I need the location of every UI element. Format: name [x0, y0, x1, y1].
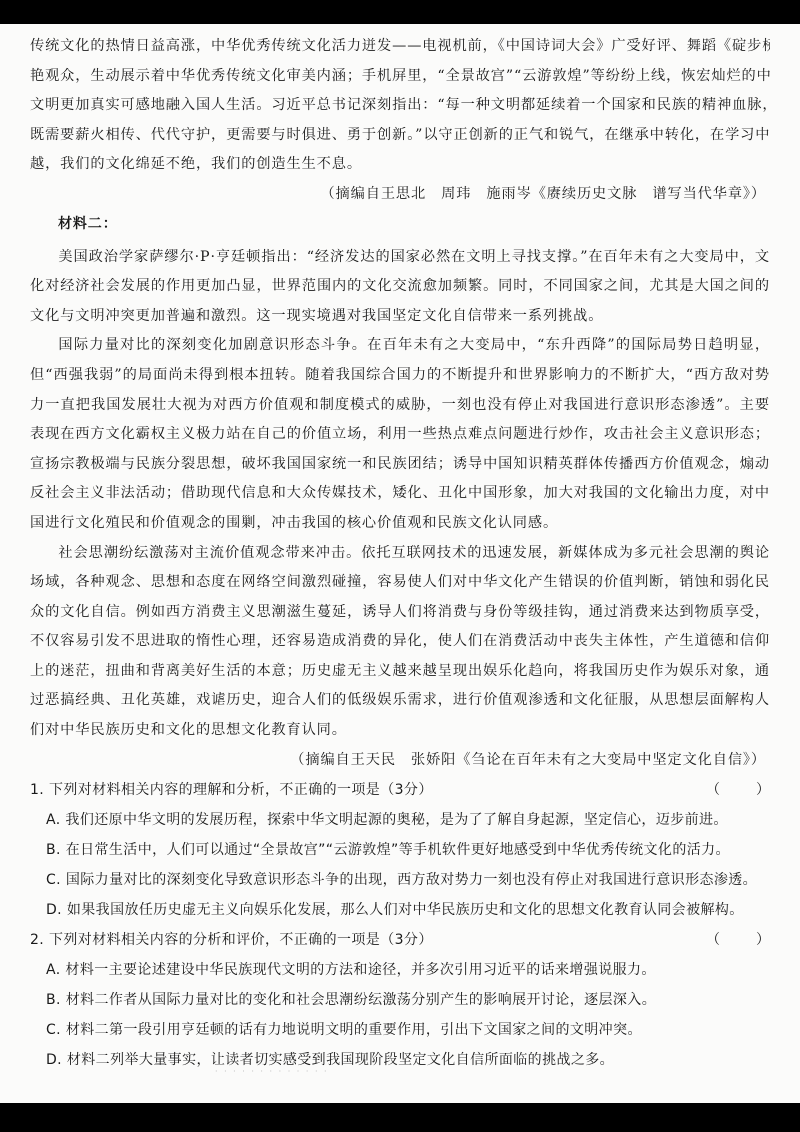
page-footer-faint: · · · · · · · · · · · · · [215, 1067, 525, 1073]
option-a[interactable]: A. 材料一主要论述建设中华民族现代文明的方法和途径，并多次引用习近平的话来增强… [30, 955, 770, 985]
option-c[interactable]: C. 材料二第一段引用亨廷顿的话有力地说明文明的重要作用，引出下文国家之间的文明… [30, 1015, 770, 1045]
question-stem: 2. 下列对材料相关内容的分析和评价，不正确的一项是（3分） [30, 932, 433, 948]
answer-blank[interactable]: （） [706, 775, 770, 805]
source-citation: （摘编自王思北 周玮 施雨岑《赓续历史文脉 谱写当代华章》） [30, 180, 770, 210]
question-1: 1. 下列对材料相关内容的理解和分析，不正确的一项是（3分） （） A. 我们还… [30, 775, 770, 925]
page-content: 传统文化的热情日益高涨，中华优秀传统文化活力迸发——电视机前，《中国诗词大会》广… [30, 32, 770, 1075]
option-b[interactable]: B. 材料二作者从国际力量对比的变化和社会思潮纷纭激荡分别产生的影响展开讨论，逐… [30, 985, 770, 1015]
text-line: 越，我们的文化绵延不绝，我们的创造生生不息。 [30, 150, 770, 180]
paragraph: 社会思潮纷纭激荡对主流价值观念带来冲击。依托互联网技术的迅速发展，新媒体成为多元… [30, 539, 770, 746]
material-two-heading: 材料二： [30, 210, 770, 243]
paragraph: 美国政治学家萨缪尔·P·亨廷顿指出：“经济发达的国家必然在文明上寻找支撑。”在百… [30, 243, 770, 332]
text-line: 艳观众，生动展示着中华优秀传统文化审美内涵；手机屏里，“全景故宫”“云游敦煌”等… [30, 62, 770, 92]
text-line: 传统文化的热情日益高涨，中华优秀传统文化活力迸发——电视机前，《中国诗词大会》广… [30, 32, 770, 62]
option-d[interactable]: D. 如果我国放任历史虚无主义向娱乐化发展，那么人们对中华民族历史和文化的思想文… [30, 895, 770, 925]
option-c[interactable]: C. 国际力量对比的深刻变化导致意识形态斗争的出现，西方敌对势力一刻也没有停止对… [30, 865, 770, 895]
option-a[interactable]: A. 我们还原中华文明的发展历程，探索中华文明起源的奥秘，是为了了解自身起源，坚… [30, 805, 770, 835]
text-line: 既需要薪火相传、代代守护，更需要与时俱进、勇于创新。”以守正创新的正气和锐气，在… [30, 121, 770, 151]
bottom-black-bar [0, 1103, 800, 1132]
text-line: 文明更加真实可感地融入国人生活。习近平总书记深刻指出：“每一种文明都延续着一个国… [30, 91, 770, 121]
exam-page: 传统文化的热情日益高涨，中华优秀传统文化活力迸发——电视机前，《中国诗词大会》广… [0, 24, 800, 1103]
answer-blank[interactable]: （） [706, 925, 770, 955]
paren-close: ） [756, 782, 770, 798]
top-black-bar [0, 0, 800, 24]
paren-open: （ [706, 932, 720, 948]
question-stem: 1. 下列对材料相关内容的理解和分析，不正确的一项是（3分） [30, 782, 433, 798]
material-two-body: 美国政治学家萨缪尔·P·亨廷顿指出：“经济发达的国家必然在文明上寻找支撑。”在百… [30, 243, 770, 746]
question-2: 2. 下列对材料相关内容的分析和评价，不正确的一项是（3分） （） A. 材料一… [30, 925, 770, 1075]
source-citation: （摘编自王天民 张娇阳《刍论在百年未有之大变局中坚定文化自信》） [30, 746, 770, 776]
option-b[interactable]: B. 在日常生活中，人们可以通过“全景故宫”“云游敦煌”等手机软件更好地感受到中… [30, 835, 770, 865]
material-one-tail: 传统文化的热情日益高涨，中华优秀传统文化活力迸发——电视机前，《中国诗词大会》广… [30, 32, 770, 210]
paren-close: ） [756, 932, 770, 948]
paren-open: （ [706, 782, 720, 798]
paragraph: 国际力量对比的深刻变化加剧意识形态斗争。在百年未有之大变局中，“东升西降”的国际… [30, 331, 770, 538]
